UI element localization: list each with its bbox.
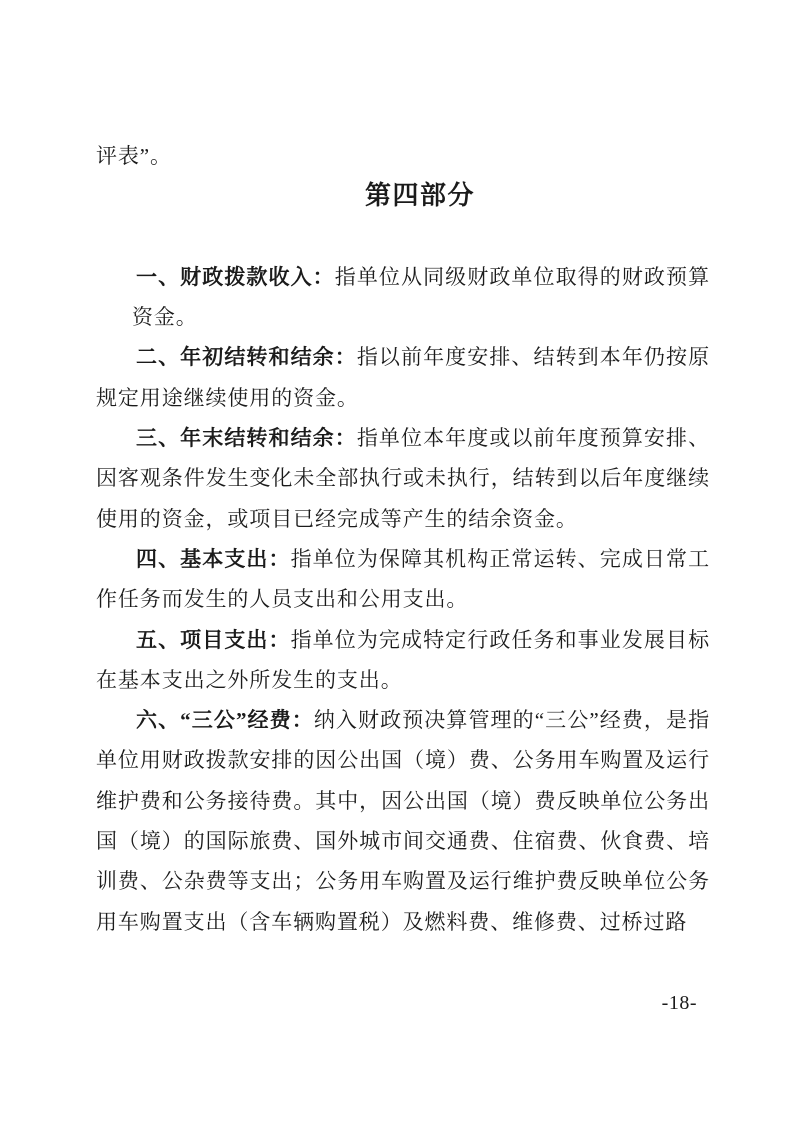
definition-body: 纳入财政预决算管理的“三公”经费，是指单位用财政拨款安排的因公出国（境）费、公务… bbox=[96, 708, 710, 933]
definition-item-1: 一、财政拨款收入：指单位从同级财政单位取得的财政预算资金。 bbox=[96, 257, 710, 338]
definition-term: 五、项目支出： bbox=[136, 628, 291, 652]
definition-item-2: 二、年初结转和结余：指以前年度安排、结转到本年仍按原规定用途继续使用的资金。 bbox=[96, 337, 710, 418]
definition-term: 六、“三公”经费： bbox=[136, 708, 314, 732]
definition-term: 四、基本支出： bbox=[136, 547, 291, 571]
carryover-text: 评表”。 bbox=[96, 136, 710, 176]
definition-item-6: 六、“三公”经费：纳入财政预决算管理的“三公”经费，是指单位用财政拨款安排的因公… bbox=[96, 700, 710, 942]
definition-item-3: 三、年末结转和结余：指单位本年度或以前年度预算安排、因客观条件发生变化未全部执行… bbox=[96, 418, 710, 539]
page-body: 评表”。 第四部分 一、财政拨款收入：指单位从同级财政单位取得的财政预算资金。 … bbox=[96, 136, 710, 942]
section-heading: 第四部分 bbox=[96, 176, 710, 216]
definition-item-5: 五、项目支出：指单位为完成特定行政任务和事业发展目标在基本支出之外所发生的支出。 bbox=[96, 620, 710, 701]
document-page: 评表”。 第四部分 一、财政拨款收入：指单位从同级财政单位取得的财政预算资金。 … bbox=[0, 0, 793, 1122]
definition-term: 一、财政拨款收入： bbox=[136, 265, 335, 289]
definition-item-4: 四、基本支出：指单位为保障其机构正常运转、完成日常工作任务而发生的人员支出和公用… bbox=[96, 539, 710, 620]
definition-term: 三、年末结转和结余： bbox=[136, 426, 357, 450]
page-number: -18- bbox=[0, 992, 697, 1015]
definition-term: 二、年初结转和结余： bbox=[136, 345, 357, 369]
